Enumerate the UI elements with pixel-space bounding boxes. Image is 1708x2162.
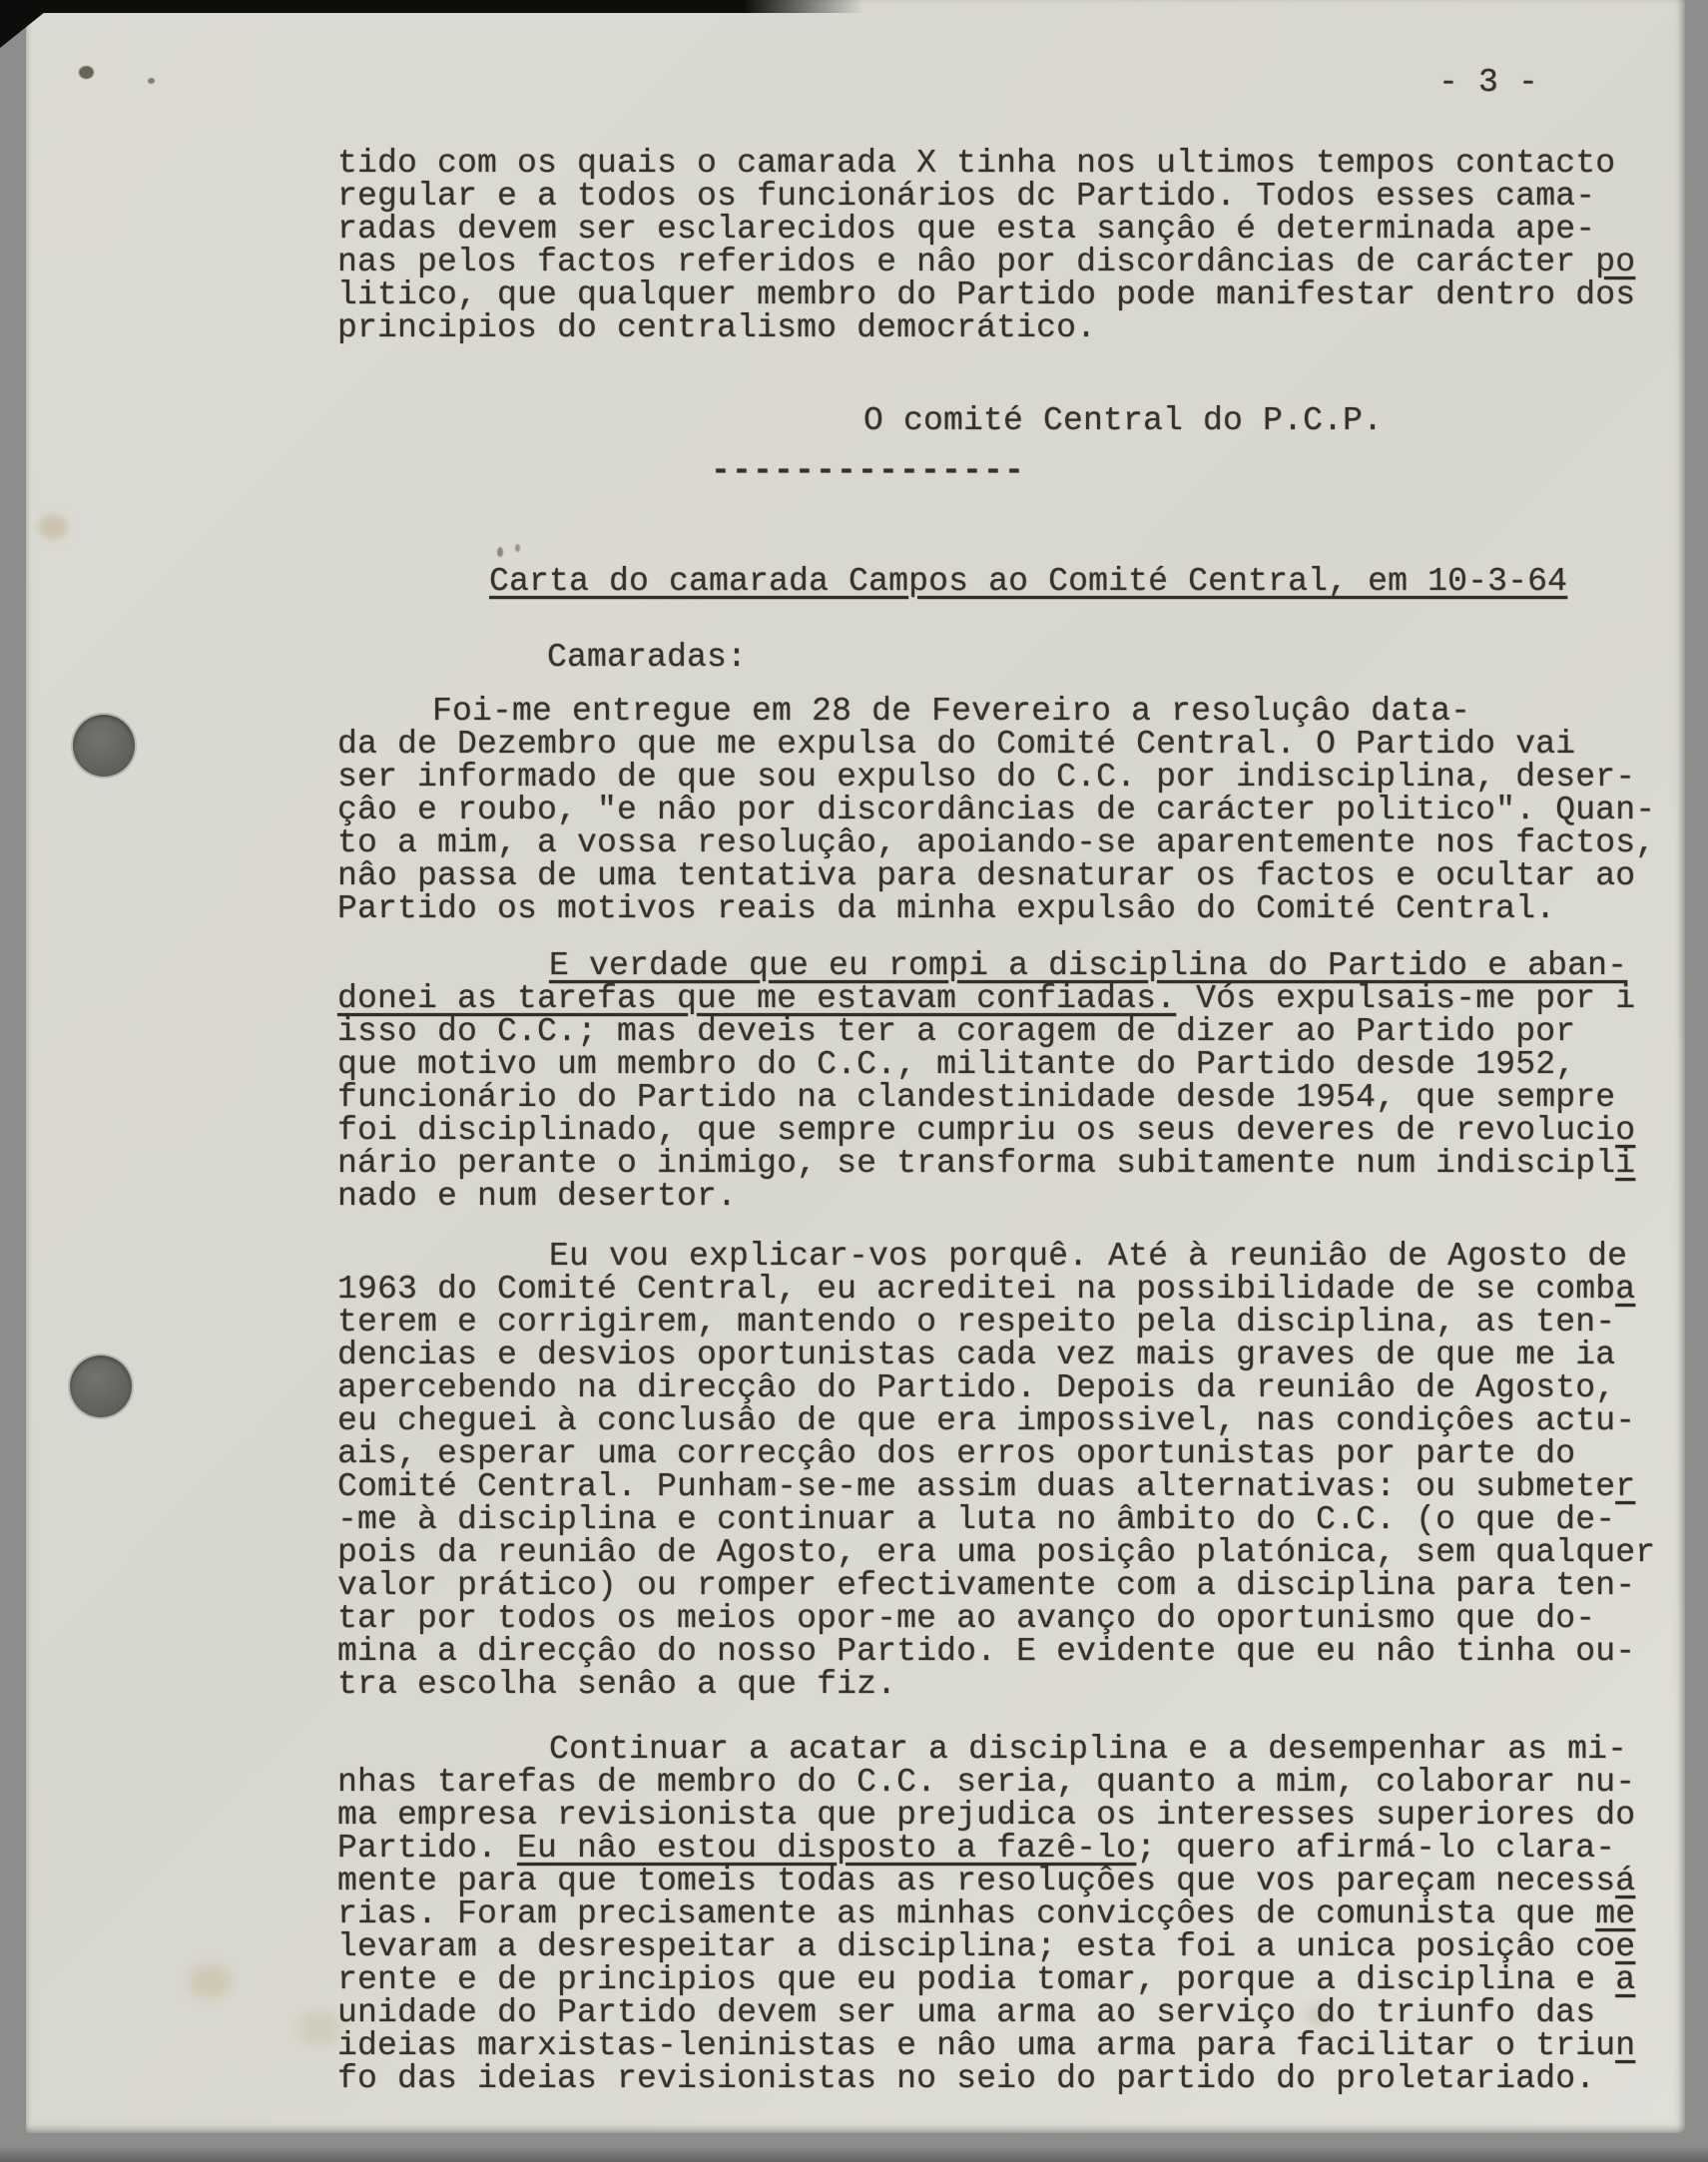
paragraph-3: Eu vou explicar-vos porquê. Até à reuniâ… (337, 1240, 1655, 1701)
typed-text: eu cheguei à conclusâo de que era imposs… (337, 1402, 1635, 1439)
typed-text: unidade do Partido devem ser uma arma ao… (337, 1994, 1595, 2031)
typed-text: rente e de principios que eu podia tomar… (337, 1961, 1615, 1998)
paragraph-2: E verdade que eu rompi a disciplina do P… (337, 949, 1635, 1213)
typed-text: rias. Foram precisamente as minhas convi… (337, 1895, 1595, 1932)
typed-text: Camaradas: (547, 639, 747, 676)
paragraph-ending-previous-page: tido com os quais o camarada X tinha nos… (337, 147, 1635, 344)
typed-line: nas pelos factos referidos e nâo por dis… (337, 246, 1635, 278)
typed-line: Partido os motivos reais da minha expuls… (337, 892, 1655, 925)
typed-text: O comité Central do P.C.P. (863, 402, 1383, 439)
letter-heading: Carta do camarada Campos ao Comité Centr… (489, 565, 1567, 598)
typed-text: nas pelos factos referidos e nâo por dis… (337, 244, 1595, 280)
typed-text: foi disciplinado, que sempre cumpriu os … (337, 1112, 1615, 1149)
typed-text: apercebendo na direcçâo do Partido. Depo… (337, 1369, 1615, 1406)
typed-line: Comité Central. Punham-se-me assim duas … (337, 1470, 1655, 1503)
typed-text: -me à disciplina e continuar a luta no â… (337, 1501, 1615, 1538)
typed-text: ma empresa revisionista que prejudica os… (337, 1797, 1635, 1834)
typed-line: rias. Foram precisamente as minhas convi… (337, 1897, 1635, 1930)
typed-line: funcionário do Partido na clandestinidad… (337, 1081, 1635, 1114)
typed-line: fo das ideias revisionistas no seio do p… (337, 2062, 1635, 2095)
typed-text: pois da reuniâo de Agosto, era uma posiç… (337, 1534, 1655, 1571)
typed-text: mente para que tomeis todas as resoluçôe… (337, 1863, 1615, 1899)
typed-text: 1963 do Comité Central, eu acreditei na … (337, 1271, 1615, 1308)
typed-line: tar por todos os meios opor-me ao avanço… (337, 1602, 1655, 1635)
signature-line: O comité Central do P.C.P. (863, 404, 1383, 437)
salutation: Camaradas: (547, 641, 747, 674)
typed-line: 1963 do Comité Central, eu acreditei na … (337, 1273, 1655, 1306)
typed-text: nado e num desertor. (337, 1178, 737, 1215)
typed-line: ser informado de que sou expulso do C.C.… (337, 761, 1655, 794)
typed-text: mina a direcçâo do nosso Partido. E evid… (337, 1633, 1635, 1670)
underlined-text: po (1595, 244, 1635, 280)
typed-line: O comité Central do P.C.P. (863, 404, 1383, 437)
typed-text: terem e corrigirem, mantendo o respeito … (337, 1304, 1615, 1341)
typed-line: tido com os quais o camarada X tinha nos… (337, 147, 1635, 180)
typed-line: nário perante o inimigo, se transforma s… (337, 1147, 1635, 1180)
typed-line: ideias marxistas-leninistas e nâo uma ar… (337, 2029, 1635, 2062)
typed-line: ais, esperar uma correcçâo dos erros opo… (337, 1437, 1655, 1470)
underlined-text: donei as tarefas que me estavam confiada… (337, 980, 1176, 1017)
typed-line: çâo e roubo, "e nâo por discordâncias de… (337, 794, 1655, 826)
typed-line: mina a direcçâo do nosso Partido. E evid… (337, 1635, 1655, 1668)
typed-text: nhas tarefas de membro do C.C. seria, qu… (337, 1764, 1635, 1801)
typed-text: Foi-me entregue em 28 de Fevereiro a res… (432, 693, 1470, 730)
typed-line: regular e a todos os funcionários dc Par… (337, 180, 1635, 213)
typed-line: Foi-me entregue em 28 de Fevereiro a res… (337, 695, 1655, 728)
typed-text: çâo e roubo, "e nâo por discordâncias de… (337, 792, 1655, 828)
typed-line: levaram a desrespeitar a disciplina; est… (337, 1930, 1635, 1963)
underlined-text: o (1615, 1112, 1635, 1149)
typed-text: Partido. (337, 1830, 517, 1867)
typed-text: isso do C.C.; mas deveis ter a coragem d… (337, 1013, 1575, 1050)
underlined-text: E verdade que eu rompi a disciplina do P… (549, 947, 1627, 984)
paragraph-4: Continuar a acatar a disciplina e a dese… (337, 1733, 1635, 2095)
typed-text: Vós expulsais-me por i (1176, 980, 1635, 1017)
typed-text: fo das ideias revisionistas no seio do p… (337, 2060, 1595, 2097)
typed-line: pois da reuniâo de Agosto, era uma posiç… (337, 1536, 1655, 1569)
typed-line: valor prático) ou romper efectivamente c… (337, 1569, 1655, 1602)
typed-text: tra escolha senâo a que fiz. (337, 1666, 896, 1703)
typed-text: regular e a todos os funcionários dc Par… (337, 178, 1595, 215)
underlined-text: á (1615, 1863, 1635, 1899)
typed-line: terem e corrigirem, mantendo o respeito … (337, 1306, 1655, 1339)
underlined-text: n (1615, 2027, 1635, 2064)
underlined-text: i (1615, 1145, 1635, 1182)
typed-line: Continuar a acatar a disciplina e a dese… (337, 1733, 1635, 1766)
typed-line: -me à disciplina e continuar a luta no â… (337, 1503, 1655, 1536)
typed-text: principios do centralismo democrático. (337, 309, 1096, 346)
typed-text: funcionário do Partido na clandestinidad… (337, 1079, 1615, 1116)
typed-line: litico, que qualquer membro do Partido p… (337, 278, 1635, 311)
typed-text: Continuar a acatar a disciplina e a dese… (549, 1731, 1627, 1768)
typed-text: to a mim, a vossa resoluçâo, apoiando-se… (337, 824, 1655, 861)
typed-text: nâo passa de uma tentativa para desnatur… (337, 857, 1635, 894)
typed-line: nâo passa de uma tentativa para desnatur… (337, 859, 1655, 892)
typed-text: --------------- (711, 452, 1025, 489)
typed-line: Partido. Eu nâo estou disposto a fazê-lo… (337, 1832, 1635, 1865)
underlined-text: Carta do camarada Campos ao Comité Centr… (489, 563, 1567, 600)
typed-text: nário perante o inimigo, se transforma s… (337, 1145, 1615, 1182)
typed-line: E verdade que eu rompi a disciplina do P… (337, 949, 1635, 982)
scanned-document-page: { "page": { "number_label": "- 3 -" }, "… (0, 0, 1708, 2162)
typed-text: litico, que qualquer membro do Partido p… (337, 276, 1635, 313)
underlined-text: a (1615, 1271, 1635, 1308)
typed-text: da de Dezembro que me expulsa do Comité … (337, 726, 1575, 763)
typed-text: tar por todos os meios opor-me ao avanço… (337, 1600, 1595, 1637)
typed-line: rente e de principios que eu podia tomar… (337, 1963, 1635, 1996)
underlined-text: r (1615, 1468, 1635, 1505)
typed-line: principios do centralismo democrático. (337, 311, 1635, 344)
typed-text: ser informado de que sou expulso do C.C.… (337, 759, 1635, 796)
typed-text: que motivo um membro do C.C., militante … (337, 1046, 1575, 1083)
typed-line: --------------- (711, 454, 1025, 487)
typed-separator: --------------- (711, 454, 1025, 487)
typed-text: valor prático) ou romper efectivamente c… (337, 1567, 1635, 1604)
typed-line: radas devem ser esclarecidos que esta sa… (337, 213, 1635, 246)
typed-line: eu cheguei à conclusâo de que era imposs… (337, 1404, 1655, 1437)
typed-line: tra escolha senâo a que fiz. (337, 1668, 1655, 1701)
underlined-text: me (1595, 1895, 1635, 1932)
typed-text: ais, esperar uma correcçâo dos erros opo… (337, 1435, 1575, 1472)
typed-text: Eu vou explicar-vos porquê. Até à reuniâ… (549, 1238, 1627, 1275)
typed-line: nhas tarefas de membro do C.C. seria, qu… (337, 1766, 1635, 1799)
typed-line: to a mim, a vossa resoluçâo, apoiando-se… (337, 826, 1655, 859)
typed-line: Carta do camarada Campos ao Comité Centr… (489, 565, 1567, 598)
typed-line: foi disciplinado, que sempre cumpriu os … (337, 1114, 1635, 1147)
typed-line: mente para que tomeis todas as resoluçôe… (337, 1865, 1635, 1897)
underlined-text: Eu nâo estou disposto a fazê-lo (517, 1830, 1136, 1867)
typed-text: ; quero afirmá-lo clara- (1136, 1830, 1615, 1867)
typed-line: apercebendo na direcçâo do Partido. Depo… (337, 1371, 1655, 1404)
typed-text: radas devem ser esclarecidos que esta sa… (337, 211, 1595, 248)
typed-text: tido com os quais o camarada X tinha nos… (337, 145, 1615, 182)
typed-text: ideias marxistas-leninistas e nâo uma ar… (337, 2027, 1615, 2064)
typed-text-layer: - 3 - tido com os quais o camarada X tin… (0, 0, 1708, 2162)
paragraph-1: Foi-me entregue em 28 de Fevereiro a res… (337, 695, 1655, 925)
typed-text: Partido os motivos reais da minha expuls… (337, 890, 1555, 927)
typed-line: que motivo um membro do C.C., militante … (337, 1048, 1635, 1081)
typed-text: Comité Central. Punham-se-me assim duas … (337, 1468, 1615, 1505)
typed-line: donei as tarefas que me estavam confiada… (337, 982, 1635, 1015)
typed-line: nado e num desertor. (337, 1180, 1635, 1213)
page-number: - 3 - (1438, 66, 1538, 99)
typed-line: ma empresa revisionista que prejudica os… (337, 1799, 1635, 1832)
typed-line: isso do C.C.; mas deveis ter a coragem d… (337, 1015, 1635, 1048)
typed-line: dencias e desvios oportunistas cada vez … (337, 1339, 1655, 1371)
typed-line: Eu vou explicar-vos porquê. Até à reuniâ… (337, 1240, 1655, 1273)
typed-text: levaram a desrespeitar a disciplina; est… (337, 1928, 1615, 1965)
typed-line: da de Dezembro que me expulsa do Comité … (337, 728, 1655, 761)
typed-line: unidade do Partido devem ser uma arma ao… (337, 1996, 1635, 2029)
underlined-text: a (1615, 1961, 1635, 1998)
typed-line: Camaradas: (547, 641, 747, 674)
underlined-text: e (1615, 1928, 1635, 1965)
typed-text: dencias e desvios oportunistas cada vez … (337, 1337, 1615, 1373)
